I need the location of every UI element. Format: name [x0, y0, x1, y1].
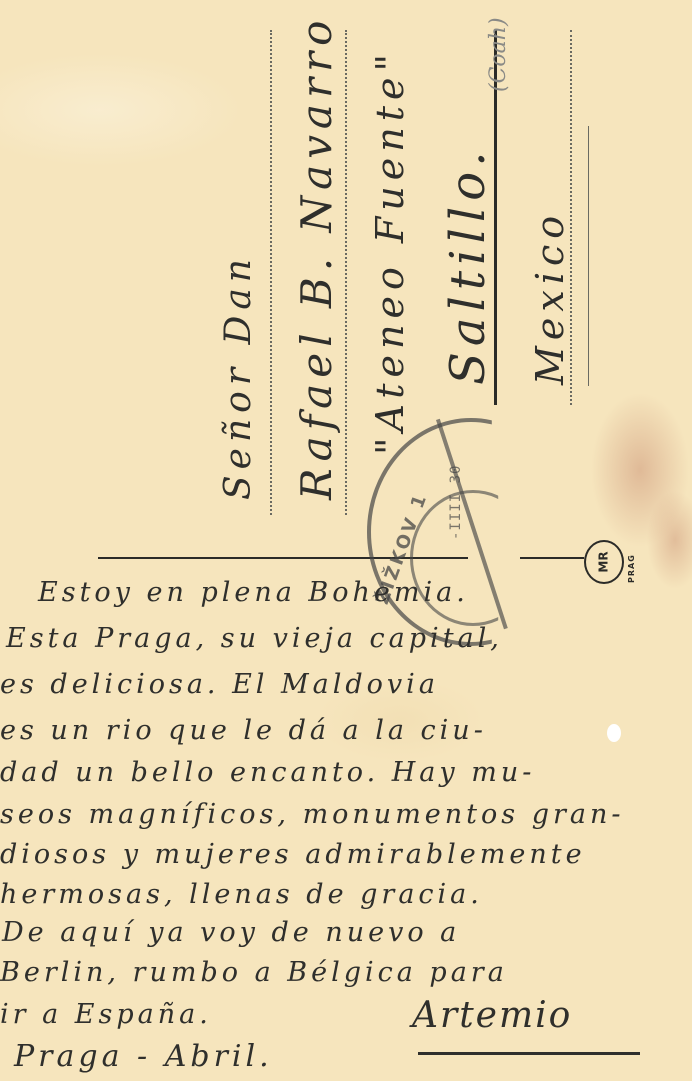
publisher-logo-mark: MR	[597, 551, 611, 572]
message-line: dad un bello encanto. Hay mu-	[0, 757, 535, 788]
address-line-recipient-name: Rafael B. Navarro	[292, 15, 341, 500]
address-guide-line-1	[270, 30, 272, 515]
message-line: seos magníficos, monumentos gran-	[0, 799, 625, 830]
message-line: es deliciosa. El Maldovia	[0, 669, 439, 700]
postmark-date: -IIII 30	[448, 465, 464, 540]
message-line: ir a España.	[0, 999, 212, 1030]
message-line: De aquí ya voy de nuevo a	[2, 917, 460, 948]
address-guide-line-2	[345, 30, 347, 515]
address-line-recipient-title: Señor Dan	[218, 253, 259, 500]
signature-underline	[418, 1052, 640, 1055]
message-line: Berlin, rumbo a Bélgica para	[0, 957, 508, 988]
pencil-note-state: (Coah)	[486, 17, 511, 92]
publisher-logo-city: PRAG	[627, 554, 636, 583]
message-line: Estoy en plena Bohemia.	[38, 577, 469, 608]
address-line-city: Saltillo.	[440, 145, 496, 385]
postcard: Señor Dan Rafael B. Navarro "Ateneo Fuen…	[0, 0, 692, 1081]
signature: Artemio	[412, 995, 572, 1036]
message-line-date: Praga - Abril.	[14, 1039, 273, 1074]
message-line: Esta Praga, su vieja capital,	[6, 623, 503, 654]
paper-hole	[607, 724, 621, 742]
message-line: es un rio que le dá a la ciu-	[0, 715, 487, 746]
address-line-country: Mexico	[528, 210, 572, 385]
pen-stroke	[588, 126, 589, 386]
publisher-logo: MR	[584, 540, 624, 584]
message-line: diosos y mujeres admirablemente	[0, 839, 586, 870]
divider-line-right	[520, 557, 584, 559]
address-line-institution: "Ateneo Fuente"	[368, 48, 412, 455]
message-line: hermosas, llenas de gracia.	[0, 879, 483, 910]
